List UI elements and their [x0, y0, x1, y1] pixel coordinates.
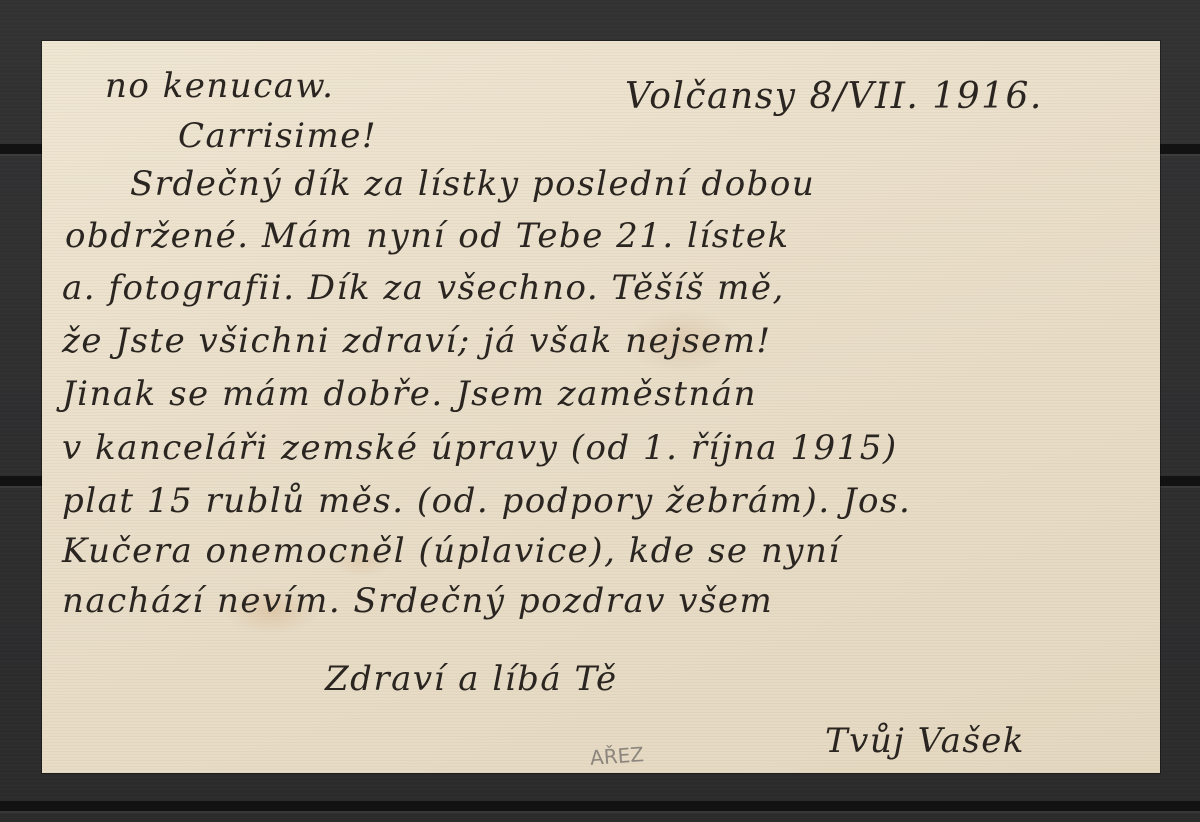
body-line: Srdečný dík za lístky poslední dobou — [130, 167, 815, 201]
signature: Tvůj Vašek — [825, 724, 1025, 758]
salutation: Carrisime! — [178, 119, 377, 153]
body-line: v kanceláři zemské úpravy (od 1. října 1… — [62, 431, 898, 465]
body-line: že Jste všichni zdraví; já však nejsem! — [62, 324, 772, 358]
album-strip — [0, 801, 1200, 811]
postcard: no kenucaw. Volčansy 8/VII. 1916. Carris… — [42, 41, 1160, 773]
body-line: Jinak se mám dobře. Jsem zaměstnán — [62, 377, 757, 411]
place-and-date: Volčansy 8/VII. 1916. — [625, 79, 1043, 115]
body-line: a. fotografii. Dík za všechno. Těšíš mě, — [62, 271, 785, 305]
body-line: nachází nevím. Srdečný pozdrav všem — [62, 584, 773, 618]
body-line: plat 15 rublů měs. (od. podpory žebrám).… — [62, 484, 911, 518]
body-line: Kučera onemocněl (úplavice), kde se nyní — [62, 534, 841, 568]
closing: Zdraví a líbá Tě — [325, 662, 618, 696]
body-line: obdržené. Mám nyní od Tebe 21. lístek — [65, 219, 790, 253]
pencil-mark: AŘEZ — [589, 744, 644, 768]
header-left-text: no kenucaw. — [105, 69, 334, 103]
